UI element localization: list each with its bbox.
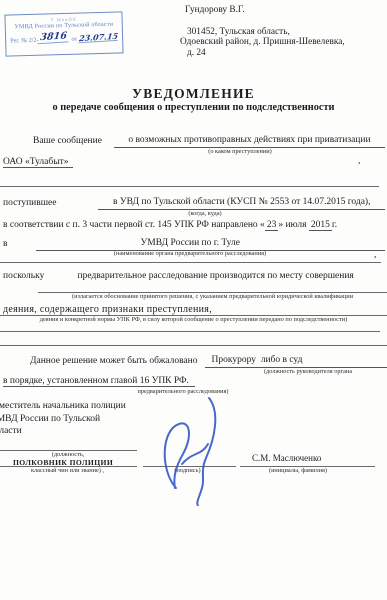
- registration-stamp: У МвнПК УМВД России по Тульской области …: [4, 11, 123, 56]
- sent-date-mid: » июля: [278, 220, 306, 230]
- field-appeal-caption2: предварительного расследования): [128, 389, 238, 396]
- field-appeal: Данное решение может быть обжаловано Про…: [0, 355, 387, 368]
- reason-rule2: [0, 307, 387, 316]
- position-rule: [0, 444, 137, 451]
- name-rule: [240, 460, 375, 467]
- field-reason-label: поскольку: [3, 271, 44, 283]
- blank-line: [0, 255, 381, 263]
- blank-line: [0, 324, 380, 332]
- field-received-caption: (когда, куда): [95, 211, 315, 218]
- field-message-caption: (о каком преступлении): [105, 149, 375, 156]
- signer-position-line3: области: [0, 427, 126, 437]
- name-caption: (инициалы, фамилия): [248, 468, 348, 475]
- sent-date-pre: в соответствии с п. 3 части первой ст. 1…: [3, 220, 265, 230]
- signer-position-block: Заместитель начальника полиции УМВД Росс…: [0, 402, 126, 437]
- field-appeal-line2: в порядке, установленном главой 16 УПК Р…: [3, 376, 195, 388]
- field-reason-value: предварительное расследование производит…: [44, 271, 387, 283]
- signer-position-line2: УМВД России по Тульской: [0, 415, 126, 425]
- stamp-ot-label: от: [71, 35, 77, 42]
- field-received: поступившее в УВД по Тульской области (К…: [0, 197, 385, 210]
- signer-position-line1: Заместитель начальника полиции: [0, 402, 126, 412]
- recipient-address-line2: Одоевский район, д. Пришня-Шевелевка,: [180, 37, 345, 47]
- recipient-address-line1: 301452, Тульская область,: [187, 27, 345, 37]
- blank-line: [0, 338, 387, 346]
- signature-rule: [143, 460, 236, 467]
- handwritten-signature: [146, 394, 240, 506]
- field-forwarded-to-label: в: [3, 239, 8, 251]
- field-message: Ваше сообщение о возможных противоправны…: [0, 135, 385, 148]
- stamp-reg-prefix: Рег. № 2/2-: [10, 36, 39, 44]
- field-appeal-caption1: (должность руководителя органа: [238, 369, 378, 376]
- field-message-trailing-comma: ,: [358, 156, 360, 168]
- forwarded-to-trailing-comma: ,: [374, 250, 376, 262]
- field-appeal-label: Данное решение может быть обжаловано: [30, 356, 197, 368]
- blank-line: [0, 179, 379, 187]
- field-appeal-value: Прокурору либо в суд: [205, 355, 387, 368]
- recipient-name: Гундорову В.Г.: [185, 5, 345, 15]
- recipient-block: Гундорову В.Г. 301452, Тульская область,…: [180, 5, 345, 58]
- field-received-label: поступившее: [3, 198, 56, 210]
- signature-caption: (подпись): [155, 468, 220, 475]
- document-subtitle: о передаче сообщения о преступлении по п…: [0, 102, 387, 113]
- rank-rule: [0, 460, 137, 467]
- sent-date-year: 2015: [309, 220, 332, 231]
- stamp-reg-date-handwritten: 23.07.15: [79, 31, 119, 42]
- field-message-value: о возможных противоправных действиях при…: [114, 135, 385, 148]
- field-sent-date: в соответствии с п. 3 части первой ст. 1…: [3, 220, 385, 232]
- position-caption-b: классный чин или звание) ,: [15, 468, 120, 475]
- field-message-label: Ваше сообщение: [33, 136, 102, 148]
- field-forwarded-to-value: УМВД России по г. Туле: [36, 238, 386, 251]
- document-title: УВЕДОМЛЕНИЕ: [0, 86, 387, 102]
- field-reason-caption1: (излагается обоснование принятого решени…: [38, 294, 387, 301]
- stamp-reg-line: Рег. № 2/2- 3816 от 23.07.15: [10, 30, 118, 44]
- reason-rule: [38, 285, 387, 293]
- document-page: У МвнПК УМВД России по Тульской области …: [0, 0, 387, 600]
- sent-date-day: 23: [265, 220, 279, 231]
- field-reason: поскольку предварительное расследование …: [0, 271, 387, 283]
- recipient-address-line3: д. 24: [187, 48, 345, 58]
- field-message-value2: ОАО «Тулабыт»: [3, 157, 73, 169]
- sent-date-post: г.: [332, 220, 337, 230]
- stamp-reg-number-handwritten: 3816: [38, 31, 70, 43]
- field-received-value: в УВД по Тульской области (КУСП № 2553 о…: [98, 197, 385, 210]
- field-reason-caption2: деяния и конкретной нормы УПК РФ, в силу…: [0, 317, 387, 324]
- field-forwarded-to: в УМВД России по г. Туле: [0, 238, 385, 251]
